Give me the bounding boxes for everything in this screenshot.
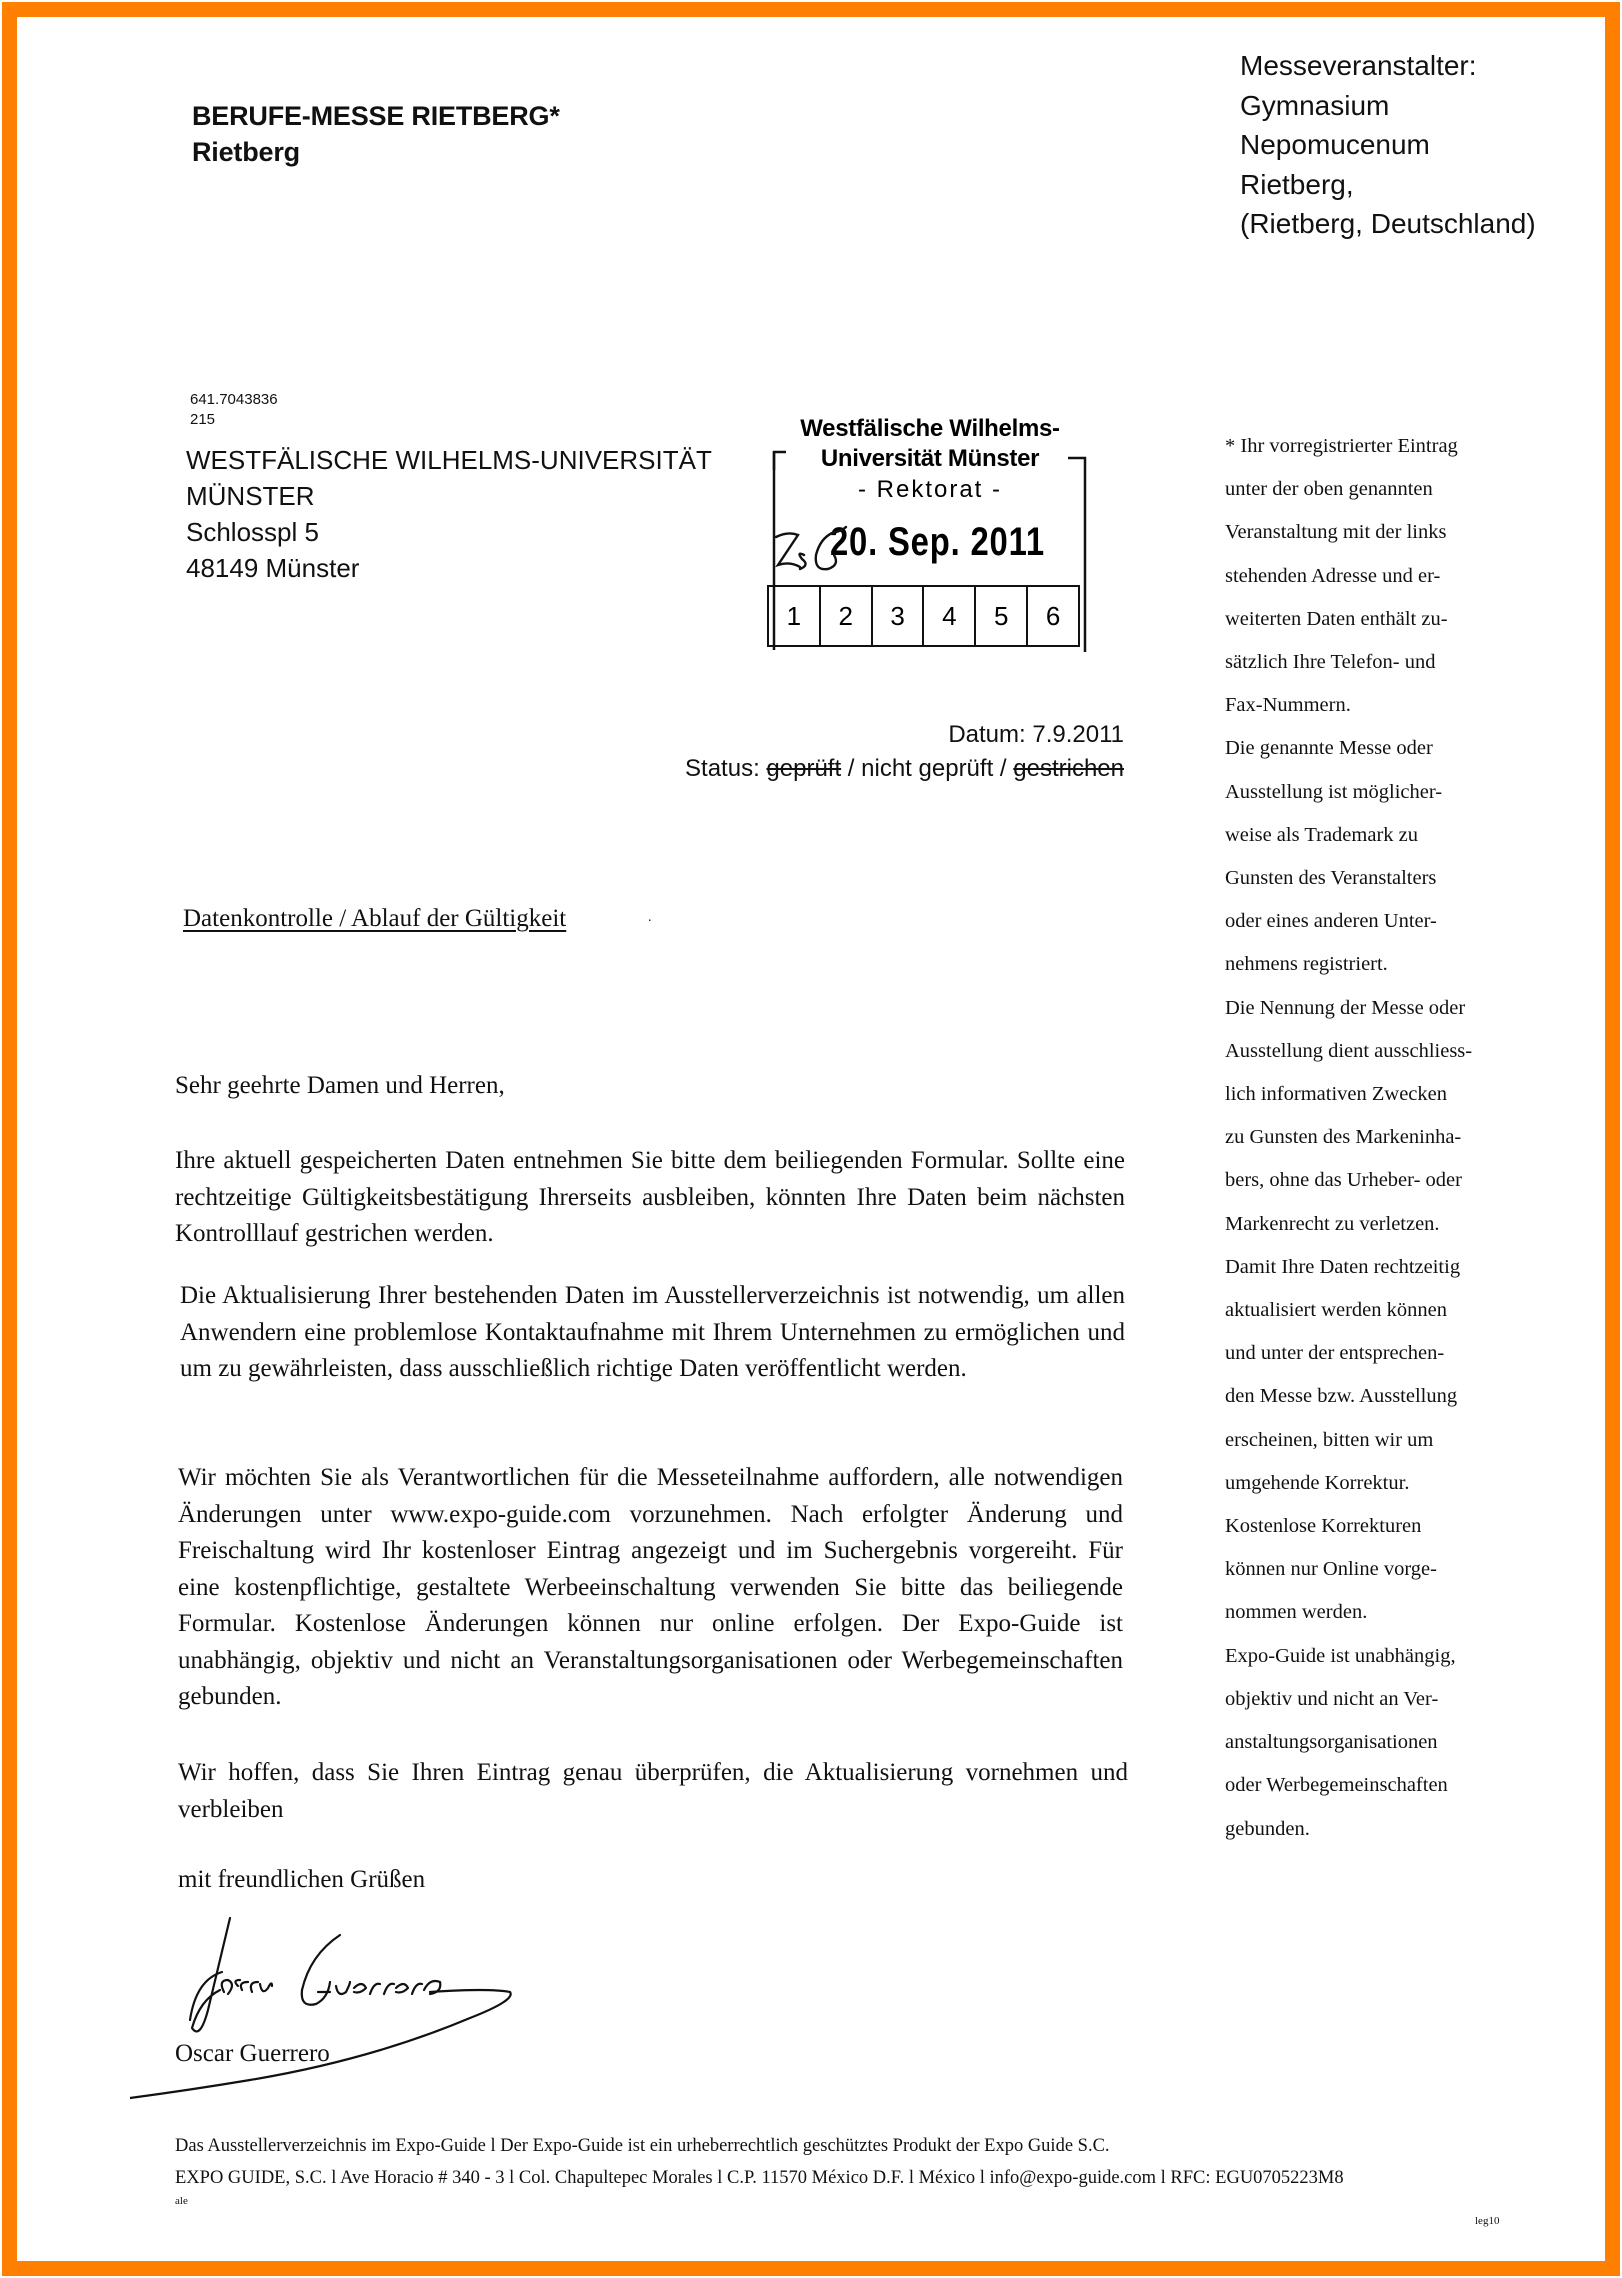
sidebar-line: zu Gunsten des Markeninha- (1225, 1116, 1545, 1159)
organizer-line: (Rietberg, Deutschland) (1240, 204, 1600, 244)
sidebar-line: Ausstellung dient ausschliess- (1225, 1030, 1545, 1073)
sidebar-disclaimer: * Ihr vorregistrierter Eintragunter der … (1225, 425, 1545, 1851)
stamp-subtitle: - Rektorat - (760, 476, 1100, 504)
sidebar-line: oder eines anderen Unter- (1225, 900, 1545, 943)
sidebar-line: anstaltungsorganisationen (1225, 1721, 1545, 1764)
closing-phrase: mit freundlichen Grüßen (178, 1862, 1128, 1899)
sidebar-line: Die genannte Messe oder (1225, 727, 1545, 770)
sidebar-line: Gunsten des Veranstalters (1225, 857, 1545, 900)
organizer-line: Rietberg, (1240, 165, 1600, 205)
body-paragraph: Wir möchten Sie als Verantwortlichen für… (178, 1460, 1123, 1716)
sidebar-line: aktualisiert werden können (1225, 1289, 1545, 1332)
page-footer: Das Ausstellerverzeichnis im Expo-Guide … (175, 2130, 1344, 2194)
routing-box: 2 (819, 585, 871, 647)
organizer-line: Gymnasium (1240, 86, 1600, 126)
sidebar-line: weiterten Daten enthält zu- (1225, 598, 1545, 641)
sidebar-line: gebunden. (1225, 1808, 1545, 1851)
stamp-routing-boxes: 1 2 3 4 5 6 (767, 585, 1080, 647)
reference-numbers: 641.7043836 215 (190, 390, 278, 430)
recipient-line: 48149 Münster (186, 550, 712, 586)
organizer-block: Messeveranstalter: Gymnasium Nepomucenum… (1240, 46, 1600, 244)
stamp-title: Universität Münster (760, 444, 1100, 474)
recipient-line: WESTFÄLISCHE WILHELMS-UNIVERSITÄT (186, 442, 712, 478)
stamp-date: 20. Sep. 2011 (830, 520, 1045, 565)
sidebar-line: Ausstellung ist möglicher- (1225, 771, 1545, 814)
date-line: Datum: 7.9.2011 (685, 718, 1124, 752)
stamp-title: Westfälische Wilhelms- (760, 414, 1100, 444)
date-label: Datum: (948, 721, 1025, 748)
sidebar-line: oder Werbegemeinschaften (1225, 1764, 1545, 1807)
sidebar-line: Kostenlose Korrekturen (1225, 1505, 1545, 1548)
sidebar-line: stehenden Adresse und er- (1225, 555, 1545, 598)
recipient-line: MÜNSTER (186, 478, 712, 514)
subject-trailing-mark: . (648, 910, 652, 926)
signer-name: Oscar Guerrero (175, 2040, 330, 2068)
sidebar-line: umgehende Korrektur. (1225, 1462, 1545, 1505)
routing-box: 3 (871, 585, 923, 647)
sidebar-line: erscheinen, bitten wir um (1225, 1419, 1545, 1462)
signature-icon (130, 1900, 550, 2100)
sidebar-line: sätzlich Ihre Telefon- und (1225, 641, 1545, 684)
received-stamp: Westfälische Wilhelms- Universität Münst… (760, 400, 1100, 660)
status-option-checked: geprüft (766, 755, 841, 782)
body-paragraph: Wir hoffen, dass Sie Ihren Eintrag genau… (178, 1755, 1128, 1828)
organizer-line: Nepomucenum (1240, 125, 1600, 165)
footer-reference-left: ale (175, 2195, 188, 2207)
recipient-line: Schlosspl 5 (186, 514, 712, 550)
status-label: Status: (685, 755, 760, 782)
handwritten-initials-icon (770, 525, 860, 585)
sidebar-line: nommen werden. (1225, 1591, 1545, 1634)
event-city: Rietberg (192, 134, 560, 170)
footer-reference-right: leg10 (1475, 2215, 1499, 2227)
sidebar-line: weise als Trademark zu (1225, 814, 1545, 857)
sidebar-line: Fax-Nummern. (1225, 684, 1545, 727)
status-line: Status: geprüft / nicht geprüft / gestri… (685, 752, 1124, 786)
sidebar-line: Damit Ihre Daten rechtzeitig (1225, 1246, 1545, 1289)
date-status-block: Datum: 7.9.2011 Status: geprüft / nicht … (685, 718, 1124, 786)
sidebar-line: unter der oben genannten (1225, 468, 1545, 511)
sidebar-line: Veranstaltung mit der links (1225, 511, 1545, 554)
routing-box: 5 (974, 585, 1026, 647)
sidebar-line: nehmens registriert. (1225, 943, 1545, 986)
footer-line: EXPO GUIDE, S.C. l Ave Horacio # 340 - 3… (175, 2162, 1344, 2194)
reference-number: 215 (190, 410, 278, 430)
body-paragraph: Die Aktualisierung Ihrer bestehenden Dat… (180, 1278, 1125, 1388)
recipient-address: WESTFÄLISCHE WILHELMS-UNIVERSITÄT MÜNSTE… (186, 442, 712, 586)
status-option-unchecked: nicht geprüft (861, 755, 993, 782)
status-separator: / (993, 755, 1013, 782)
routing-box: 6 (1026, 585, 1080, 647)
event-name: BERUFE-MESSE RIETBERG* (192, 98, 560, 134)
status-option-deleted: gestrichen (1013, 755, 1124, 782)
sidebar-line: können nur Online vorge- (1225, 1548, 1545, 1591)
organizer-line: Messeveranstalter: (1240, 46, 1600, 86)
sidebar-line: bers, ohne das Urheber- oder (1225, 1159, 1545, 1202)
routing-box: 1 (767, 585, 819, 647)
sidebar-line: * Ihr vorregistrierter Eintrag (1225, 425, 1545, 468)
sidebar-line: Die Nennung der Messe oder (1225, 987, 1545, 1030)
date-value: 7.9.2011 (1032, 721, 1124, 748)
body-paragraph: Ihre aktuell gespeicherten Daten entnehm… (175, 1143, 1125, 1253)
reference-number: 641.7043836 (190, 390, 278, 410)
sidebar-line: den Messe bzw. Ausstellung (1225, 1375, 1545, 1418)
status-separator: / (841, 755, 861, 782)
sidebar-line: Markenrecht zu verletzen. (1225, 1203, 1545, 1246)
sidebar-line: objektiv und nicht an Ver- (1225, 1678, 1545, 1721)
footer-line: Das Ausstellerverzeichnis im Expo-Guide … (175, 2130, 1344, 2162)
sidebar-line: lich informativen Zwecken (1225, 1073, 1545, 1116)
routing-box: 4 (922, 585, 974, 647)
letter-subject: Datenkontrolle / Ablauf der Gültigkeit (183, 905, 566, 933)
sidebar-line: und unter der entsprechen- (1225, 1332, 1545, 1375)
salutation: Sehr geehrte Damen und Herren, (175, 1068, 1125, 1105)
event-header: BERUFE-MESSE RIETBERG* Rietberg (192, 98, 560, 170)
sidebar-line: Expo-Guide ist unabhängig, (1225, 1635, 1545, 1678)
